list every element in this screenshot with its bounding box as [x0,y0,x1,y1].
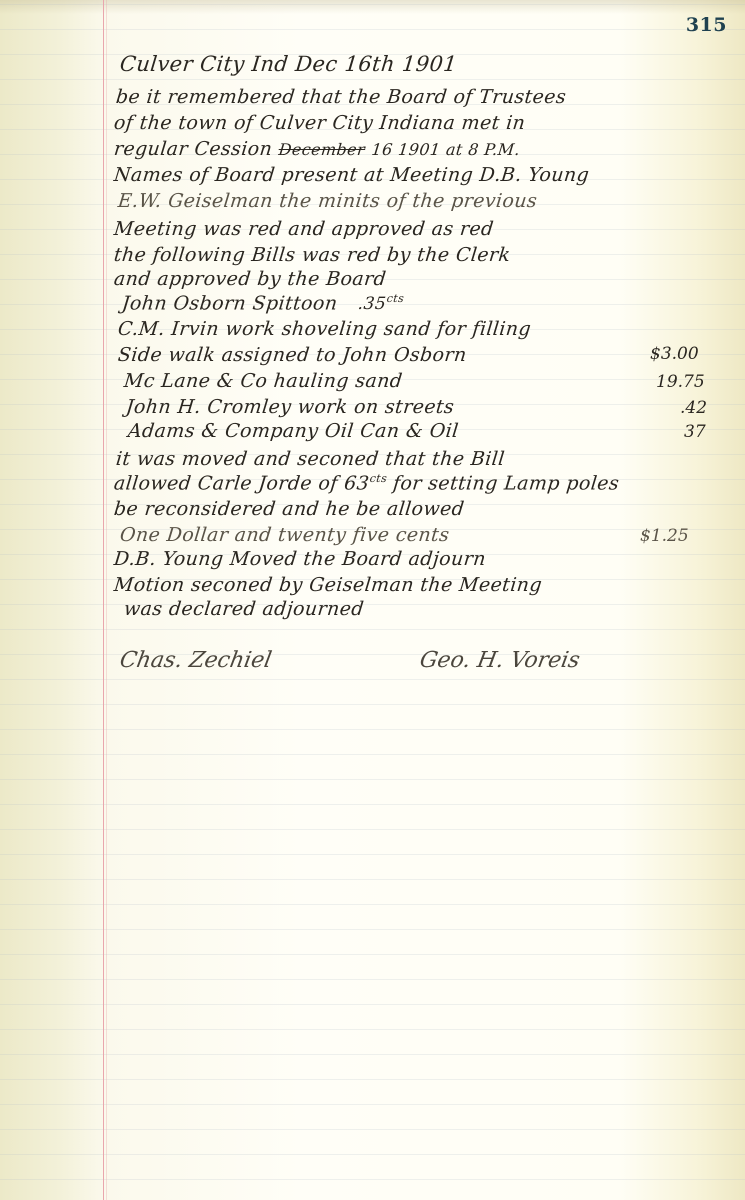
text-line: One Dollar and twenty five cents [119,524,451,546]
text-segment: 16 1901 at 8 P.M. [371,140,521,159]
bill-amount: .35 [357,294,387,314]
text-line: regular Cession December 16 1901 at 8 P.… [113,138,521,160]
bill-line: Mc Lane & Co hauling sand [123,370,404,392]
text-line: D.B. Young Moved the Board adjourn [113,548,487,570]
bill-line: Side walk assigned to John Osborn [117,344,468,366]
text-line: was declared adjourned [123,598,365,620]
bill-amount: 19.75 [656,372,705,392]
margin-rule [103,0,104,1200]
text-line: allowed Carle Jorde of 63cts for setting… [113,472,620,494]
bill-text: John Osborn Spittoon [121,292,339,314]
heading-line: Culver City Ind Dec 16th 1901 [119,52,459,76]
bill-amount: .42 [680,398,707,418]
struck-word: December [278,140,366,159]
signature-clerk: Geo. H. Voreis [418,648,582,673]
text-line: it was moved and seconed that the Bill [115,448,506,470]
text-line: Names of Board present at Meeting D.B. Y… [113,164,591,186]
bill-amount: 37 [684,422,706,442]
text-line: be it remembered that the Board of Trust… [115,86,567,108]
motion-amount: $1.25 [640,526,689,546]
bill-amount: $3.00 [650,344,699,364]
bill-line: Adams & Company Oil Can & Oil [127,420,460,442]
margin-rule-secondary [106,0,107,1200]
bill-line: C.M. Irvin work shoveling sand for filli… [117,318,532,340]
amount-suffix: cts [386,292,405,305]
text-line: E.W. Geiselman the minits of the previou… [117,190,538,212]
text-line: be reconsidered and he be allowed [113,498,466,520]
bill-line: John Osborn Spittoon .35cts [121,292,405,314]
text-line: Motion seconed by Geiselman the Meeting [113,574,543,596]
bill-line: John H. Cromley work on streets [125,396,455,418]
text-segment: allowed Carle Jorde of 63 [113,472,371,494]
page-number: 315 [686,14,727,36]
amount-suffix: cts [369,472,388,485]
text-line: of the town of Culver City Indiana met i… [113,112,527,134]
ledger-page: 315 Culver City Ind Dec 16th 1901 be it … [0,0,745,1200]
text-line: Meeting was red and approved as red [113,218,495,240]
signature-president: Chas. Zechiel [118,648,274,673]
text-segment: regular Cession [113,138,274,160]
text-segment: for setting Lamp poles [392,472,620,494]
text-line: the following Bills was red by the Clerk [113,244,512,266]
text-line: and approved by the Board [113,268,387,290]
